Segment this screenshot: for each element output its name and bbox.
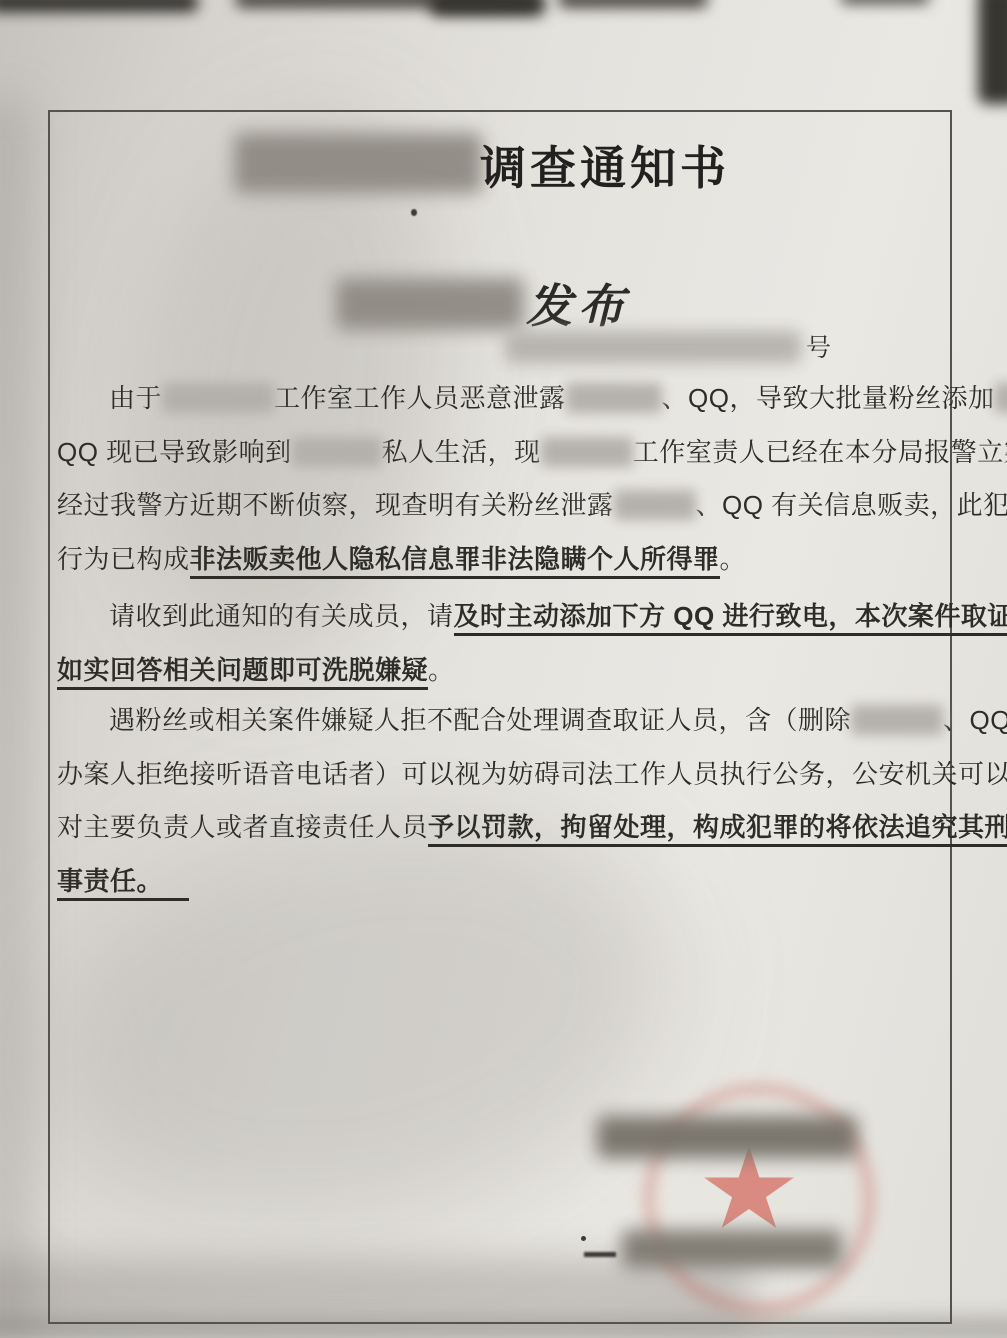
redacted-name xyxy=(162,383,274,413)
text-line: 经过我警方近期不断侦察，现查明有关粉丝泄露、QQ 有关信息贩卖，此犯罪 xyxy=(57,479,952,533)
redacted-name xyxy=(851,705,943,735)
paragraph-3: 遇粉丝或相关案件嫌疑人拒不配合处理调查取证人员，含（删除、QQ 及 办案人拒绝接… xyxy=(57,694,952,908)
paragraph-2: 请收到此通知的有关成员，请及时主动添加下方 QQ 进行致电，本次案件取证 如实回… xyxy=(57,590,952,697)
body-text: 工作室工作人员恶意泄露 xyxy=(274,383,566,413)
text-line: QQ 现已导致影响到私人生活，现工作室责人已经在本分局报警立案， xyxy=(57,426,952,480)
redacted-issuer-name xyxy=(336,278,524,330)
ink-speck xyxy=(581,1236,586,1241)
body-text: 行为已构成 xyxy=(57,544,190,574)
body-text: 办案人拒绝接听语音电话者）可以视为妨碍司法工作人员执行公务，公安机关可以 xyxy=(57,759,1007,789)
paragraph-1: 由于工作室工作人员恶意泄露、QQ，导致大批量粉丝添加、 QQ 现已导致影响到私人… xyxy=(57,372,952,586)
body-text: 、QQ 有关信息贩卖，此犯罪 xyxy=(696,490,1007,520)
text-line: 办案人拒绝接听语音电话者）可以视为妨碍司法工作人员执行公务，公安机关可以 xyxy=(57,748,952,802)
body-text: 遇粉丝或相关案件嫌疑人拒不配合处理调查取证人员，含（删除 xyxy=(109,705,851,735)
text-line: 如实回答相关问题即可洗脱嫌疑。 xyxy=(57,644,952,698)
body-text: 工作室责人已经在本分局报警立案， xyxy=(633,437,1007,467)
body-text: 。 xyxy=(428,655,455,685)
paper-shadow xyxy=(0,100,30,1338)
body-text: 对主要负责人或者直接责任人员 xyxy=(57,812,428,842)
redacted-issuing-authority xyxy=(234,133,482,193)
redacted-name xyxy=(566,383,662,413)
ink-dash xyxy=(584,1252,616,1257)
body-text: 私人生活，现 xyxy=(382,437,541,467)
photo-edge-artifact xyxy=(978,0,1007,104)
body-text: 请收到此通知的有关成员，请 xyxy=(109,601,454,631)
emphasized-text: 非法贩卖他人隐私信息罪非法隐瞒个人所得罪 xyxy=(190,544,720,579)
redacted-name xyxy=(292,437,382,467)
text-line: 对主要负责人或者直接责任人员予以罚款，拘留处理，构成犯罪的将依法追究其刑 xyxy=(57,801,952,855)
ink-speck xyxy=(411,209,417,216)
body-text: 、QQ，导致大批量粉丝添加 xyxy=(662,383,995,413)
document-title: 调查通知书 xyxy=(480,132,730,198)
photographed-notice-document: 调查通知书 发布 号 由于工作室工作人员恶意泄露、QQ，导致大批量粉丝添加、 Q… xyxy=(0,0,1007,1338)
text-line: 由于工作室工作人员恶意泄露、QQ，导致大批量粉丝添加、 xyxy=(57,372,952,426)
body-text: QQ 现已导致影响到 xyxy=(57,437,292,467)
emphasized-text: 及时主动添加下方 QQ 进行致电，本次案件取证 xyxy=(454,601,1007,636)
issue-label: 发布 xyxy=(526,270,630,336)
photo-edge-artifact xyxy=(430,0,545,16)
emphasized-text: 事责任。 xyxy=(57,866,189,901)
redacted-document-number xyxy=(505,331,801,363)
body-text: 、QQ 及 xyxy=(943,705,1007,735)
photo-edge-artifact xyxy=(840,0,930,4)
body-text: 。 xyxy=(720,544,747,574)
photo-edge-artifact xyxy=(558,0,708,8)
redacted-stamp-authority-name xyxy=(597,1116,857,1158)
text-line: 请收到此通知的有关成员，请及时主动添加下方 QQ 进行致电，本次案件取证 xyxy=(57,590,952,644)
document-number-suffix: 号 xyxy=(806,328,831,364)
text-line: 遇粉丝或相关案件嫌疑人拒不配合处理调查取证人员，含（删除、QQ 及 xyxy=(57,694,952,748)
text-line: 行为已构成非法贩卖他人隐私信息罪非法隐瞒个人所得罪。 xyxy=(57,533,952,587)
body-text: 由于 xyxy=(109,383,162,413)
redacted-name xyxy=(541,437,633,467)
emphasized-text: 如实回答相关问题即可洗脱嫌疑 xyxy=(57,655,428,690)
redacted-name xyxy=(994,383,1007,413)
text-line: 事责任。 xyxy=(57,855,952,909)
photo-edge-artifact xyxy=(0,0,198,12)
redacted-name xyxy=(614,490,696,520)
redacted-stamp-date xyxy=(622,1230,842,1268)
emphasized-text: 予以罚款，拘留处理，构成犯罪的将依法追究其刑 xyxy=(428,812,1007,847)
body-text: 经过我警方近期不断侦察，现查明有关粉丝泄露 xyxy=(57,490,614,520)
